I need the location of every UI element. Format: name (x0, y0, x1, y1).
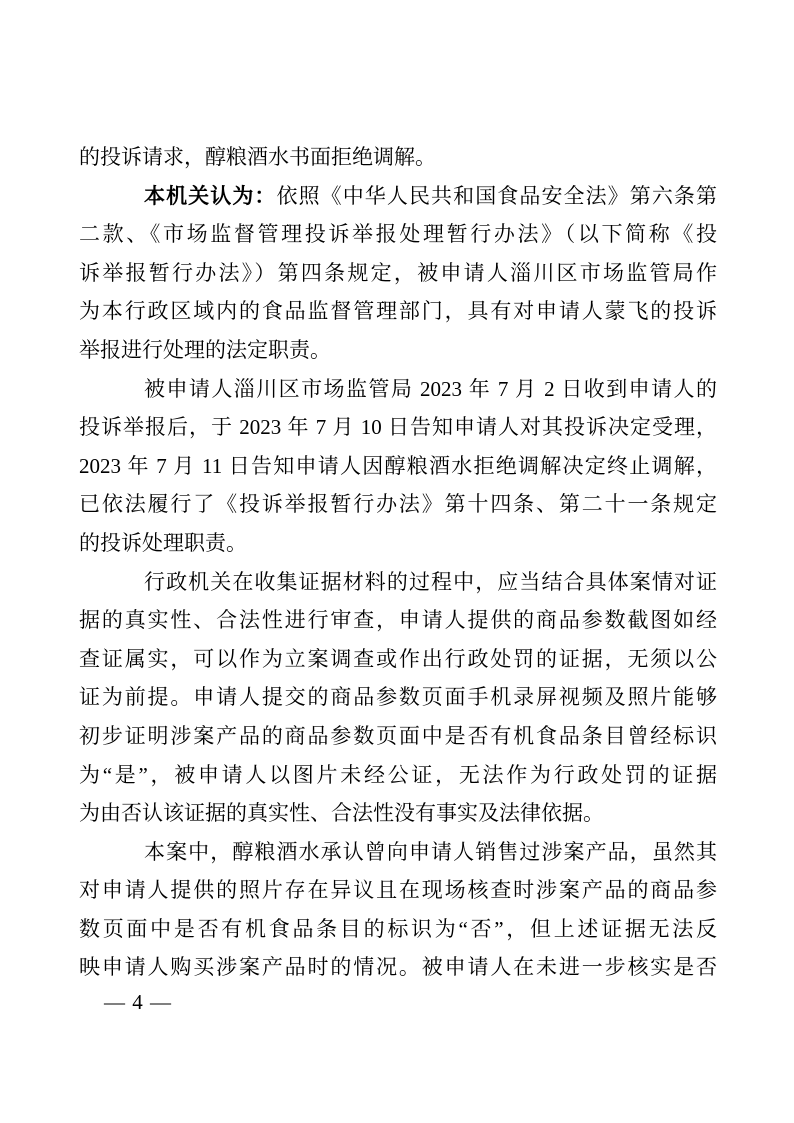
text-line: 映申请人购买涉案产品时的情况。被申请人在未进一步核实是否 (79, 948, 717, 987)
text-line: 数页面中是否有机食品条目的标识为“否”，但上述证据无法反 (79, 910, 717, 949)
text-line: 投诉举报后，于 2023 年 7 月 10 日告知申请人对其投诉决定受理， (79, 408, 717, 447)
document-body: 的投诉请求，醇粮酒水书面拒绝调解。本机关认为：依照《中华人民共和国食品安全法》第… (79, 138, 717, 987)
text-line: 二款、《市场监督管理投诉举报处理暂行办法》（以下简称《投 (79, 215, 717, 254)
text-line: 的投诉处理职责。 (79, 524, 717, 563)
text-line: 为本行政区域内的食品监督管理部门，具有对申请人蒙飞的投诉 (79, 292, 717, 331)
text-line: 为由否认该证据的真实性、合法性没有事实及法律依据。 (79, 794, 717, 833)
text-line: 诉举报暂行办法》）第四条规定，被申请人淄川区市场监管局作 (79, 254, 717, 293)
text-line: 据的真实性、合法性进行审查，申请人提供的商品参数截图如经 (79, 601, 717, 640)
bold-lead-in: 本机关认为： (144, 184, 276, 208)
text-line: 本案中，醇粮酒水承认曾向申请人销售过涉案产品，虽然其 (79, 833, 717, 872)
text-line: 2023 年 7 月 11 日告知申请人因醇粮酒水拒绝调解决定终止调解， (79, 447, 717, 486)
text-line: 证为前提。申请人提交的商品参数页面手机录屏视频及照片能够 (79, 678, 717, 717)
text-line: 的投诉请求，醇粮酒水书面拒绝调解。 (79, 138, 717, 177)
text-line: 被申请人淄川区市场监管局 2023 年 7 月 2 日收到申请人的 (79, 370, 717, 409)
text-line: 行政机关在收集证据材料的过程中，应当结合具体案情对证 (79, 563, 717, 602)
text-line: 已依法履行了《投诉举报暂行办法》第十四条、第二十一条规定 (79, 485, 717, 524)
text-line: 为“是”，被申请人以图片未经公证，无法作为行政处罚的证据 (79, 756, 717, 795)
text-line: 本机关认为：依照《中华人民共和国食品安全法》第六条第 (79, 177, 717, 216)
text-line: 查证属实，可以作为立案调查或作出行政处罚的证据，无须以公 (79, 640, 717, 679)
text-line: 初步证明涉案产品的商品参数页面中是否有机食品条目曾经标识 (79, 717, 717, 756)
text-line: 举报进行处理的法定职责。 (79, 331, 717, 370)
page-number: — 4 — (104, 990, 172, 1014)
document-page: 的投诉请求，醇粮酒水书面拒绝调解。本机关认为：依照《中华人民共和国食品安全法》第… (0, 0, 794, 1123)
text-line: 对申请人提供的照片存在异议且在现场核查时涉案产品的商品参 (79, 871, 717, 910)
